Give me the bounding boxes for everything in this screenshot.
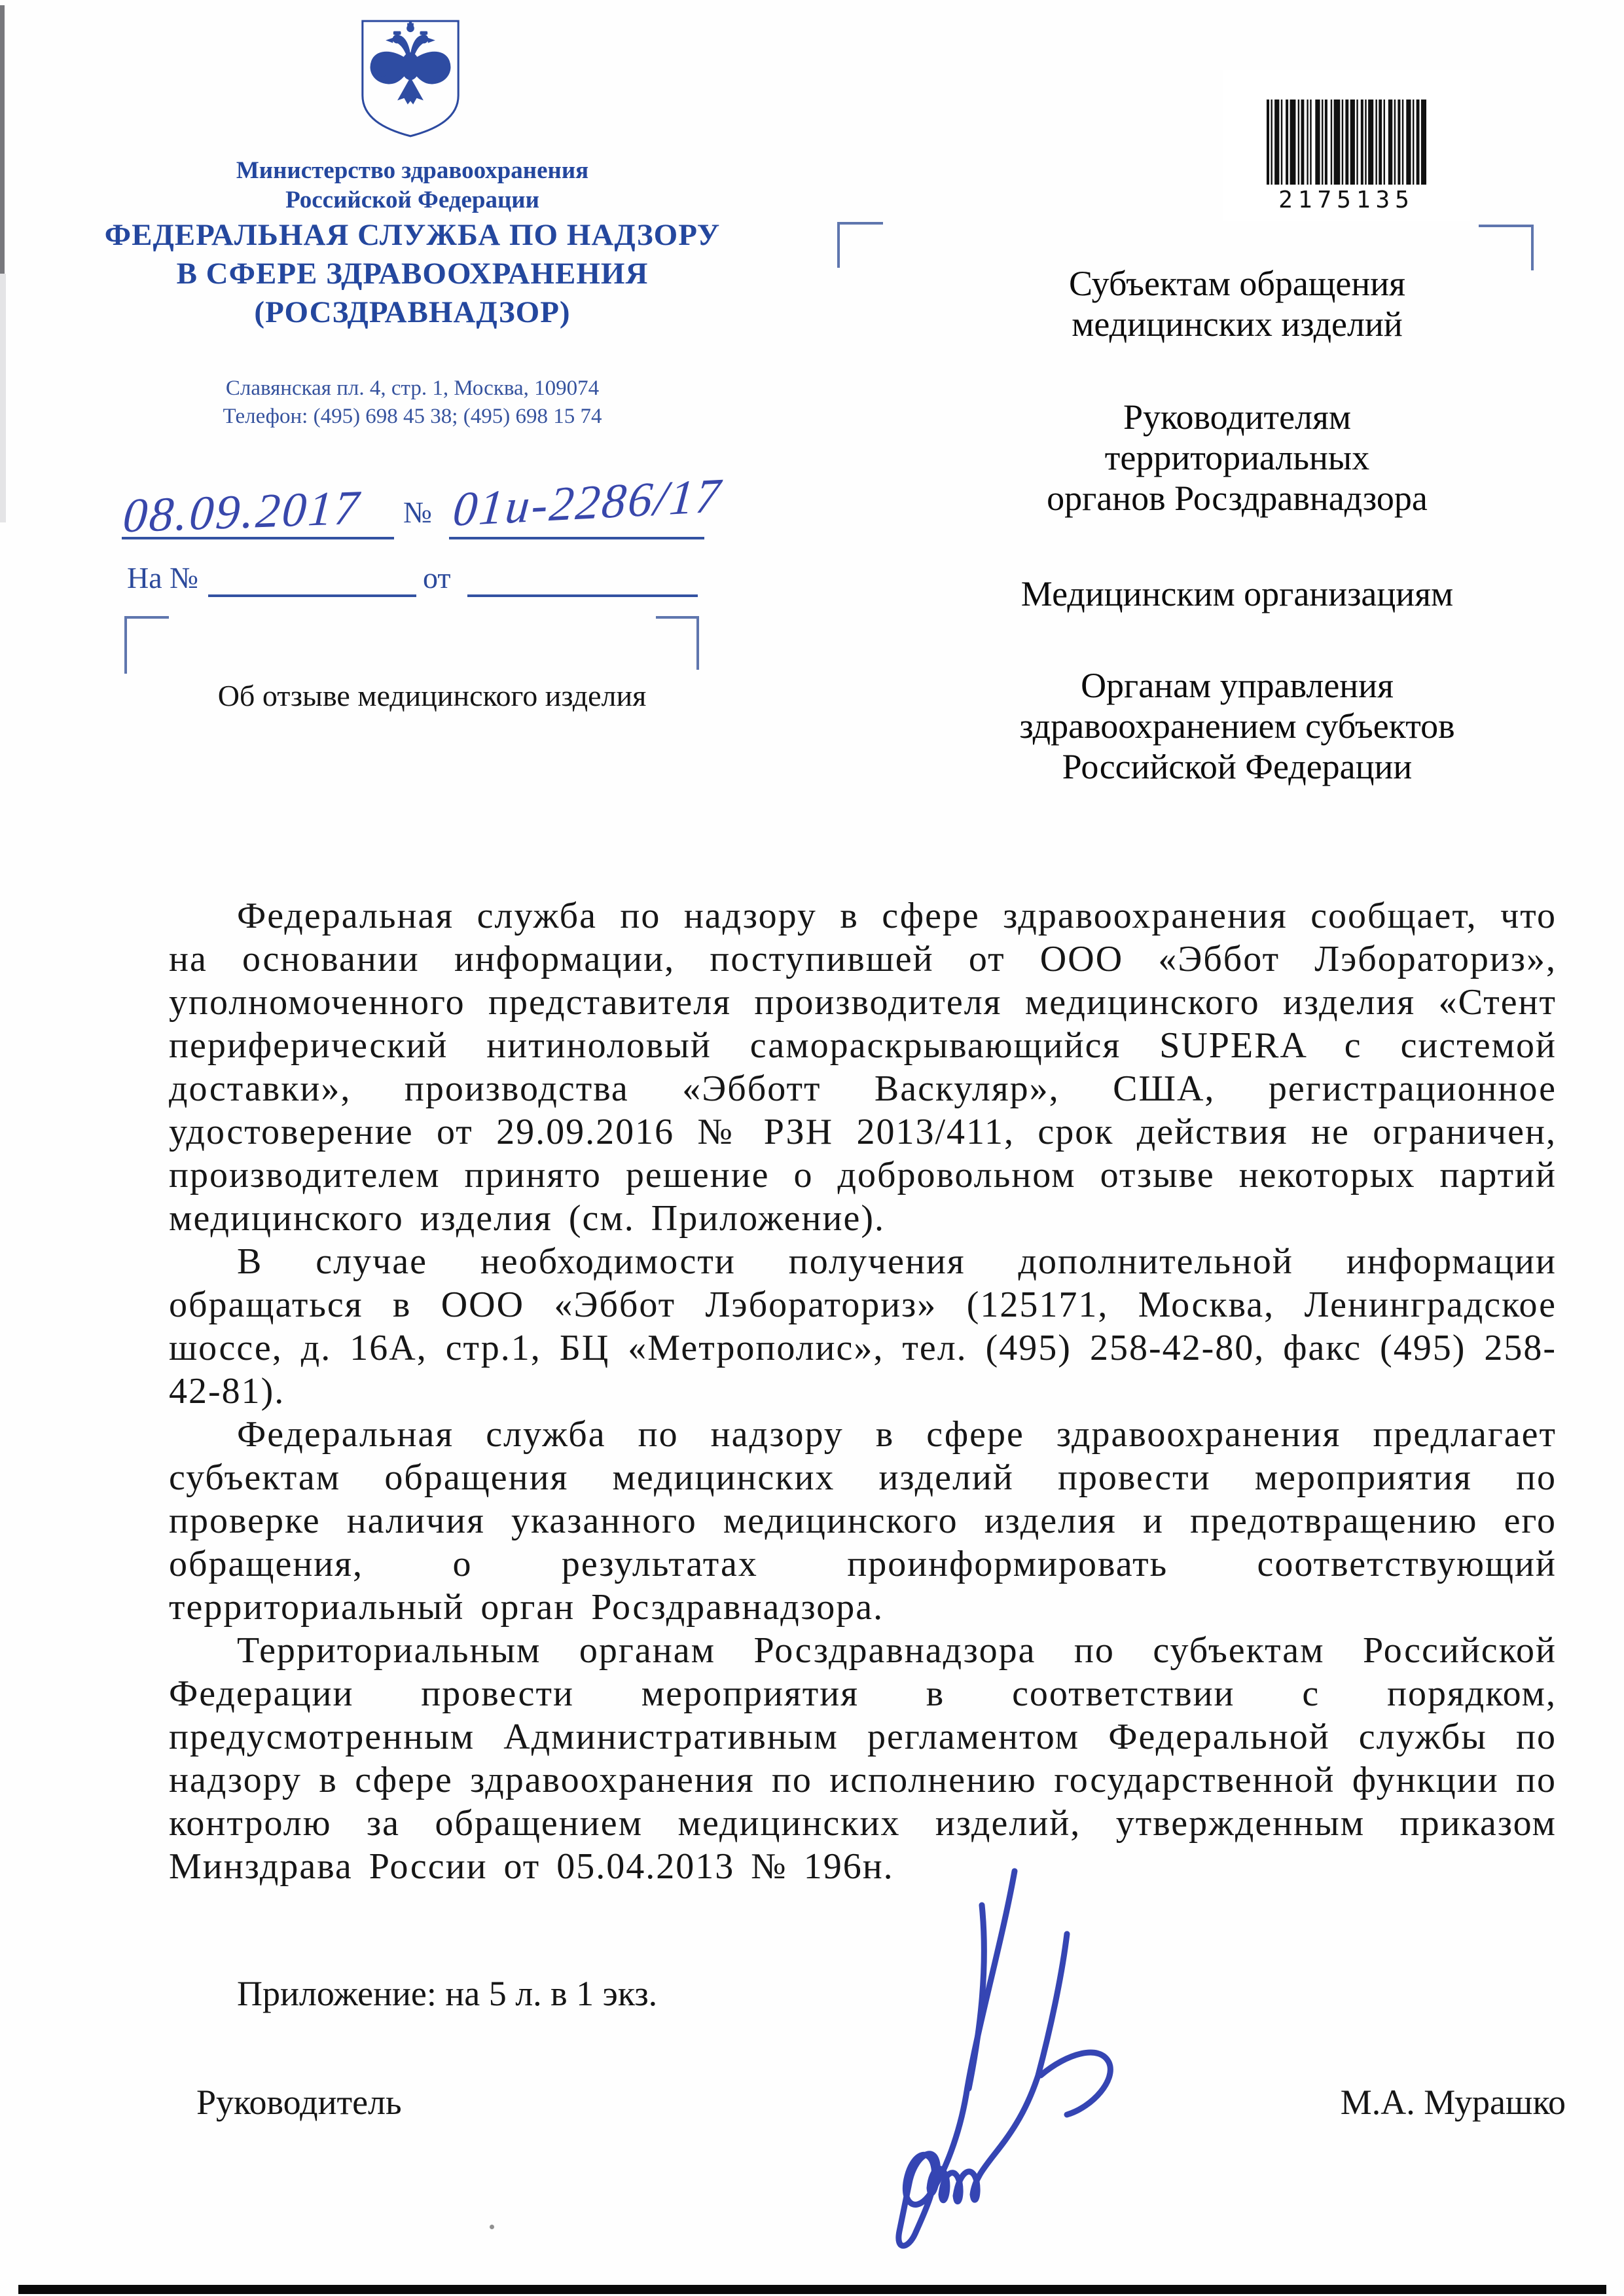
barcode: 2175135 <box>1223 70 1470 221</box>
ot-underline <box>467 594 698 597</box>
body-paragraph: Территориальным органам Росздравнадзора … <box>169 1629 1557 1888</box>
recipient-line: Руководителям <box>943 397 1532 437</box>
recipient-line: территориальных <box>943 437 1532 478</box>
russia-coat-of-arms-icon <box>357 17 464 140</box>
ministry-name-line2: Российской Федерации <box>85 185 740 215</box>
recipient-line: Российской Федерации <box>943 746 1532 787</box>
ministry-name: Министерство здравоохранения Российской … <box>85 156 740 215</box>
service-name-line3: (РОСЗДРАВНАДЗОР) <box>65 293 759 332</box>
number-sign: № <box>403 495 432 530</box>
scan-edge-artifact-light <box>0 274 6 522</box>
handwritten-date: 08.09.2017 <box>121 481 363 545</box>
recipients-block: Субъектам обращения медицинских изделий … <box>943 263 1532 787</box>
scan-edge-artifact <box>0 5 5 274</box>
letterhead-phone: Телефон: (495) 698 45 38; (495) 698 15 7… <box>85 403 740 431</box>
recipient-zone-corner-left-icon <box>837 222 883 268</box>
subject-zone-corner-left-icon <box>124 616 169 674</box>
scan-bottom-bar-artifact <box>18 2285 1606 2294</box>
service-name-line2: В СФЕРЕ ЗДРАВООХРАНЕНИЯ <box>65 255 759 293</box>
recipient-group: Руководителям территориальных органов Ро… <box>943 397 1532 519</box>
signer-title: Руководитель <box>196 2082 402 2123</box>
subject-zone-corner-right-icon <box>656 616 699 670</box>
scanned-letter-page: Министерство здравоохранения Российской … <box>0 0 1624 2296</box>
signer-name: М.А. Мурашко <box>1322 2082 1566 2123</box>
number-underline <box>449 537 704 539</box>
attachment-note: Приложение: на 5 л. в 1 экз. <box>237 1973 657 2014</box>
barcode-bars <box>1267 100 1426 185</box>
recipient-group: Органам управления здравоохранением субъ… <box>943 665 1532 787</box>
na-no-underline <box>208 594 416 597</box>
barcode-number: 2175135 <box>1223 187 1470 213</box>
na-no-label: На № <box>127 560 198 595</box>
date-underline <box>122 537 394 539</box>
recipient-line: медицинских изделий <box>943 304 1532 344</box>
body-paragraph: В случае необходимости получения дополни… <box>169 1240 1557 1413</box>
ministry-name-line1: Министерство здравоохранения <box>85 156 740 185</box>
letterhead-contacts: Славянская пл. 4, стр. 1, Москва, 109074… <box>85 374 740 431</box>
service-name-line1: ФЕДЕРАЛЬНАЯ СЛУЖБА ПО НАДЗОРУ <box>65 216 759 255</box>
recipient-line: Субъектам обращения <box>943 263 1532 304</box>
recipient-group: Медицинским организациям <box>943 574 1532 614</box>
scan-speck <box>490 2225 494 2229</box>
handwritten-number: 01и-2286/17 <box>451 468 725 538</box>
letterhead-address: Славянская пл. 4, стр. 1, Москва, 109074 <box>85 374 740 403</box>
handwritten-signature <box>674 1866 1198 2272</box>
recipient-line: Медицинским организациям <box>943 574 1532 614</box>
body-paragraph: Федеральная служба по надзору в сфере зд… <box>169 894 1557 1240</box>
recipient-line: здравоохранением субъектов <box>943 706 1532 746</box>
recipient-line: органов Росздравнадзора <box>943 478 1532 519</box>
service-name: ФЕДЕРАЛЬНАЯ СЛУЖБА ПО НАДЗОРУ В СФЕРЕ ЗД… <box>65 216 759 332</box>
recipient-line: Органам управления <box>943 665 1532 706</box>
recipient-group: Субъектам обращения медицинских изделий <box>943 263 1532 344</box>
letter-body: Федеральная служба по надзору в сфере зд… <box>169 894 1557 1888</box>
body-paragraph: Федеральная служба по надзору в сфере зд… <box>169 1413 1557 1629</box>
subject-line: Об отзыве медицинского изделия <box>157 678 707 713</box>
ot-label: от <box>423 560 451 595</box>
